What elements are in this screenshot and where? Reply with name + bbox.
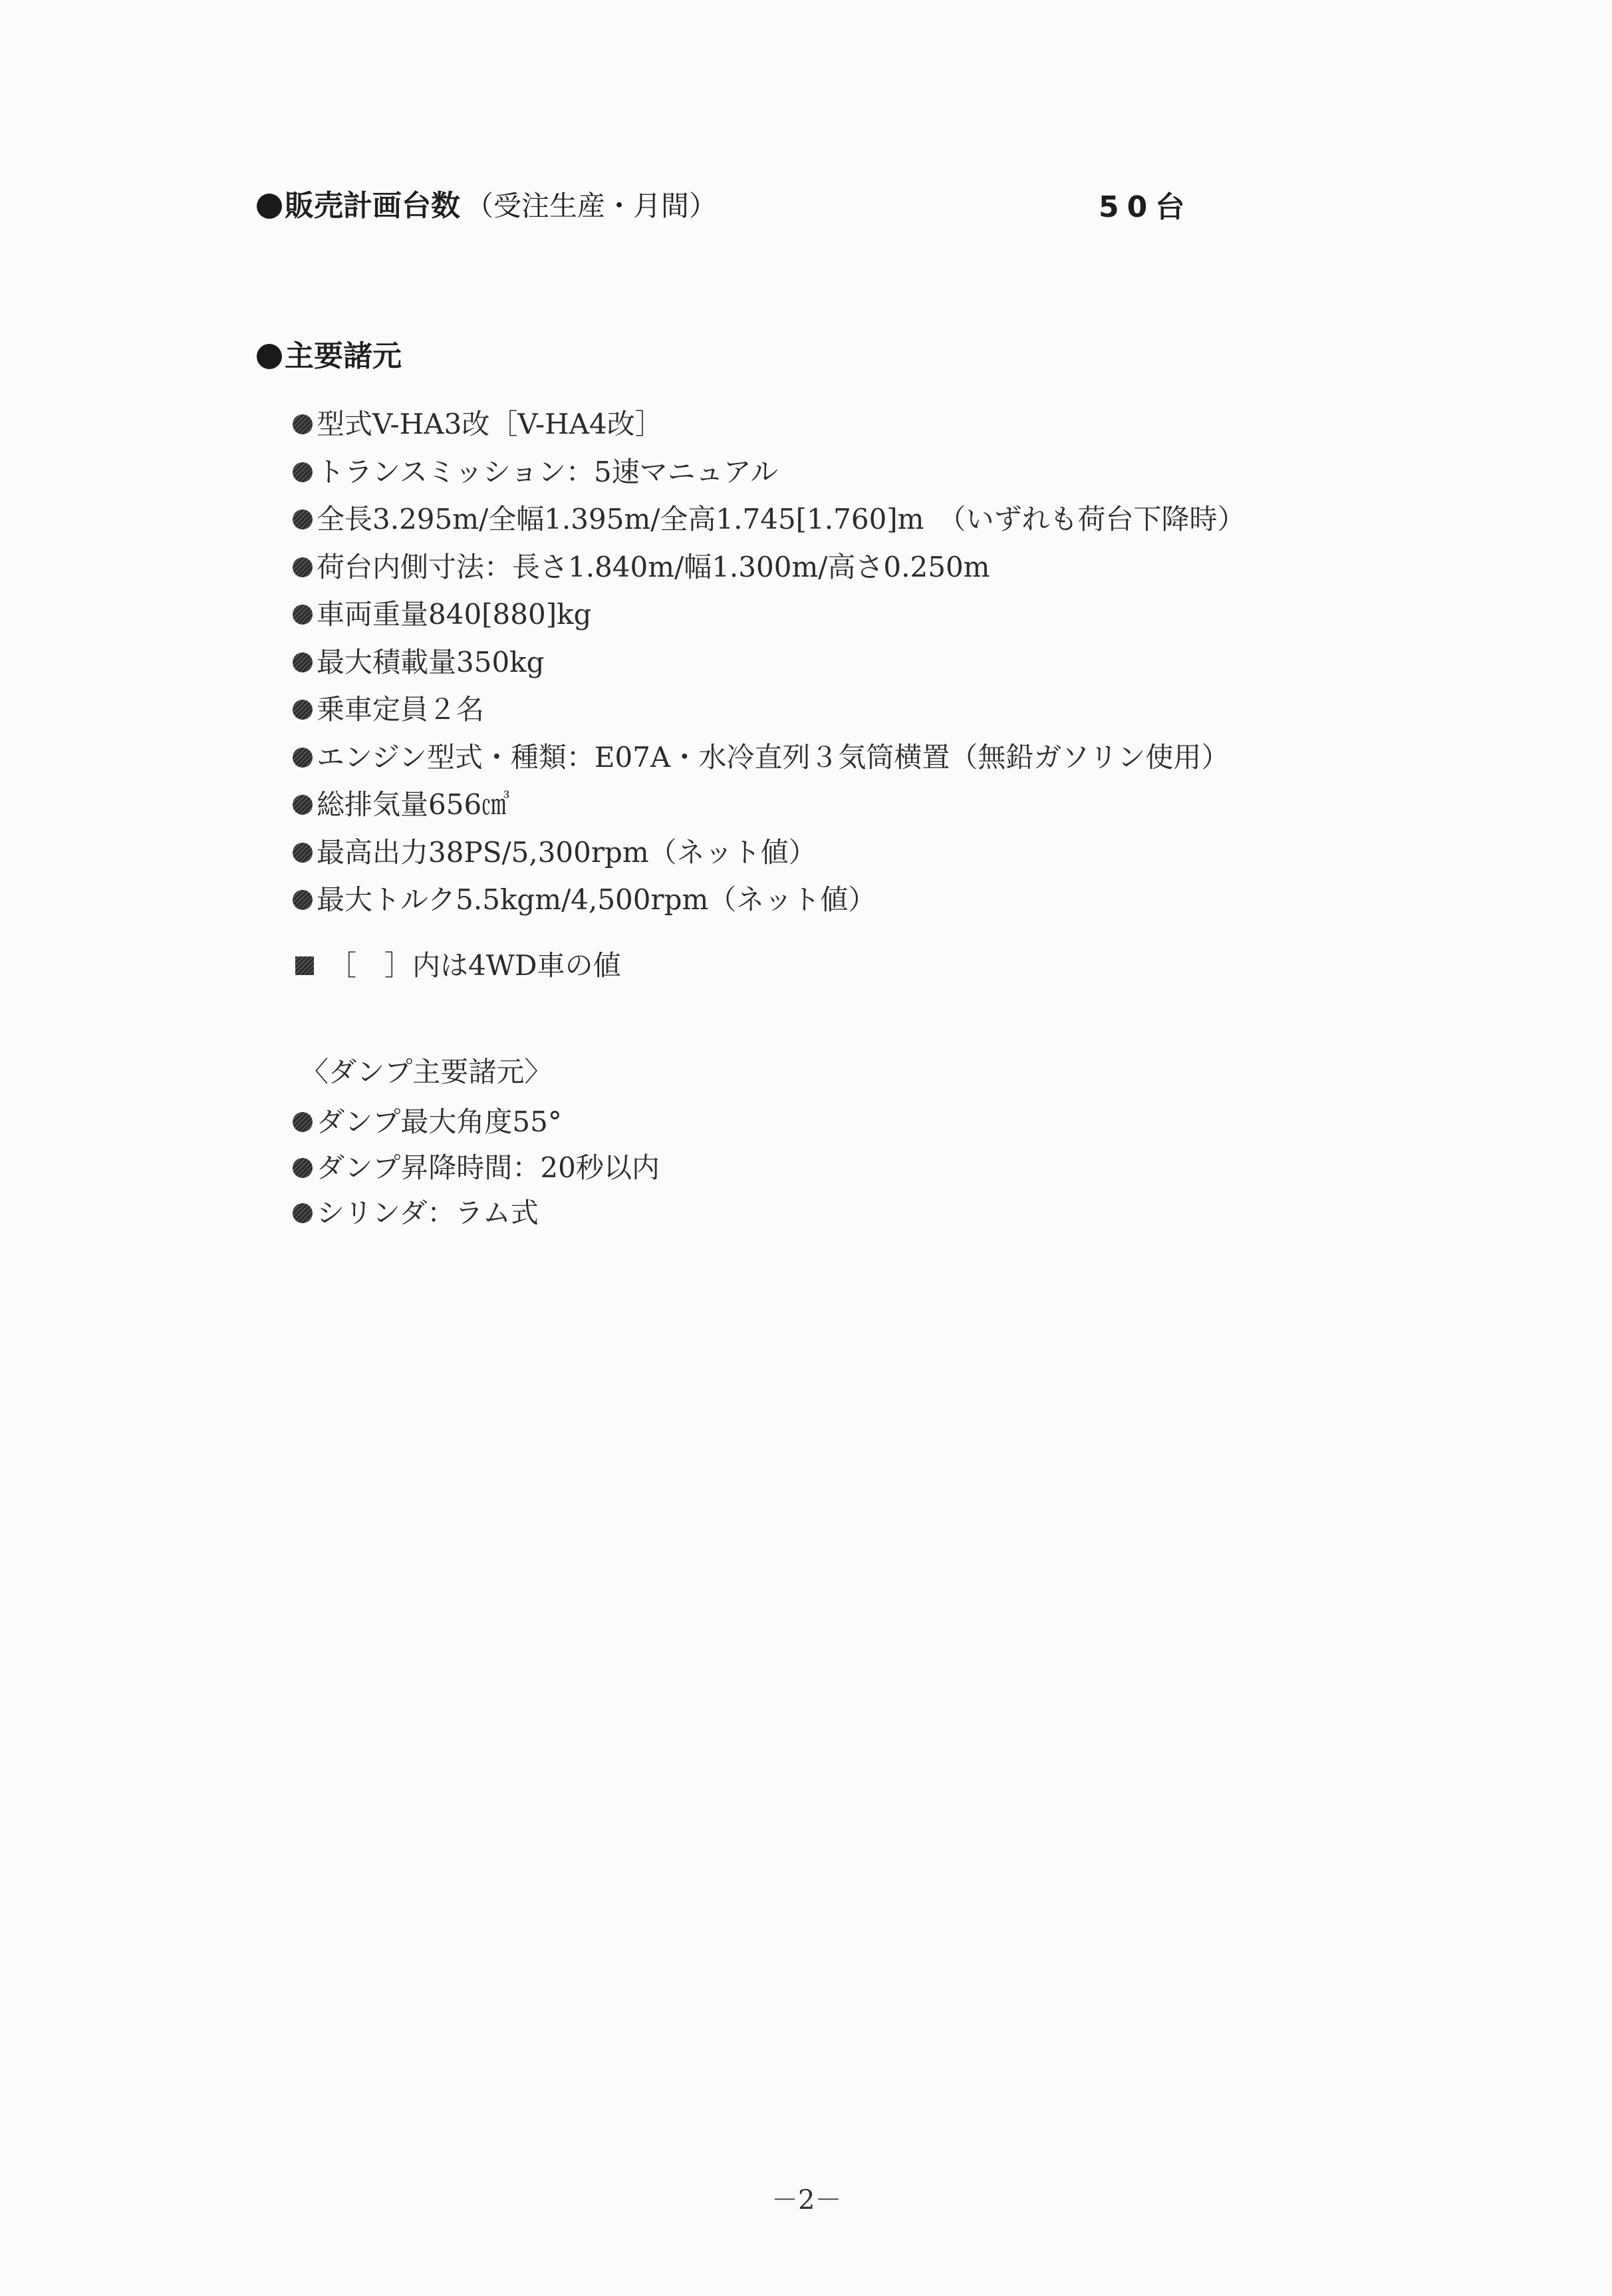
dump-spec-item-text: シリンダ：ラム式 [317, 1193, 539, 1233]
spec-item-text: 総排気量656㎤ [317, 785, 509, 825]
spec-item-text: トランスミッション：5速マニュアル [317, 452, 778, 492]
bullet-icon [293, 462, 313, 482]
spec-item: 車両重量840[880]kg [293, 595, 591, 635]
bullet-icon [293, 795, 313, 815]
bullet-icon [293, 557, 313, 577]
dump-spec-item: ダンプ昇降時間：20秒以内 [293, 1148, 660, 1188]
spec-item: 乗車定員２名 [293, 690, 484, 730]
spec-item-text: 荷台内側寸法：長さ1.840m/幅1.300m/高さ0.250m [317, 547, 990, 587]
spec-item: 荷台内側寸法：長さ1.840m/幅1.300m/高さ0.250m [293, 547, 990, 587]
bullet-icon [293, 1112, 313, 1132]
bullet-icon [257, 194, 282, 219]
spec-item: 型式V-HA3改［V-HA4改］ [293, 404, 663, 444]
page-number: －2－ [771, 2179, 841, 2217]
spec-item-text: 最大トルク5.5kgm/4,500rpm（ネット値） [317, 880, 876, 920]
spec-item: エンジン型式・種類：E07A・水冷直列３気筒横置（無鉛ガソリン使用） [293, 738, 1229, 778]
bullet-icon [257, 344, 282, 369]
specs-heading: 主要諸元 [257, 337, 402, 376]
spec-item: トランスミッション：5速マニュアル [293, 452, 778, 492]
4wd-note-text: ［ ］内は4WD車の値 [329, 946, 621, 986]
bullet-icon [293, 652, 313, 672]
spec-item-text: 最大積載量350kg [317, 643, 545, 682]
bullet-icon [293, 1203, 313, 1223]
spec-item-text: 最高出力38PS/5,300rpm（ネット値） [317, 833, 817, 873]
bullet-icon [293, 890, 313, 910]
bullet-icon [293, 414, 313, 434]
bullet-icon [293, 843, 313, 863]
dump-spec-item: シリンダ：ラム式 [293, 1193, 539, 1233]
sales-plan-heading: 販売計画台数 （受注生産・月間） [257, 186, 717, 226]
4wd-note: ［ ］内は4WD車の値 [295, 946, 621, 986]
spec-item-text: エンジン型式・種類：E07A・水冷直列３気筒横置（無鉛ガソリン使用） [317, 738, 1229, 778]
dump-spec-item-text: ダンプ最大角度55° [317, 1102, 562, 1142]
spec-item: 最大積載量350kg [293, 643, 545, 682]
bullet-icon [293, 748, 313, 768]
sales-plan-title: 販売計画台数 [285, 186, 460, 226]
sales-plan-count: 50台 [1099, 188, 1192, 227]
specs-title: 主要諸元 [285, 337, 402, 376]
dump-spec-item: ダンプ最大角度55° [293, 1102, 562, 1142]
spec-item-text: 型式V-HA3改［V-HA4改］ [317, 404, 663, 444]
sales-plan-subtitle: （受注生産・月間） [466, 186, 717, 226]
dump-spec-item-text: ダンプ昇降時間：20秒以内 [317, 1148, 660, 1188]
dump-specs-heading: 〈ダンプ主要諸元〉 [301, 1052, 552, 1092]
spec-item: 最高出力38PS/5,300rpm（ネット値） [293, 833, 817, 873]
bullet-icon [293, 700, 313, 720]
spec-item: 全長3.295m/全幅1.395m/全高1.745[1.760]m （いずれも荷… [293, 500, 1246, 539]
spec-item-text: 車両重量840[880]kg [317, 595, 591, 635]
bullet-icon [293, 1158, 313, 1178]
spec-item-text: 全長3.295m/全幅1.395m/全高1.745[1.760]m （いずれも荷… [317, 500, 1246, 539]
spec-item: 総排気量656㎤ [293, 785, 509, 825]
bullet-icon [293, 605, 313, 625]
bullet-icon [293, 509, 313, 529]
spec-item: 最大トルク5.5kgm/4,500rpm（ネット値） [293, 880, 876, 920]
spec-item-text: 乗車定員２名 [317, 690, 484, 730]
square-bullet-icon [295, 956, 314, 975]
